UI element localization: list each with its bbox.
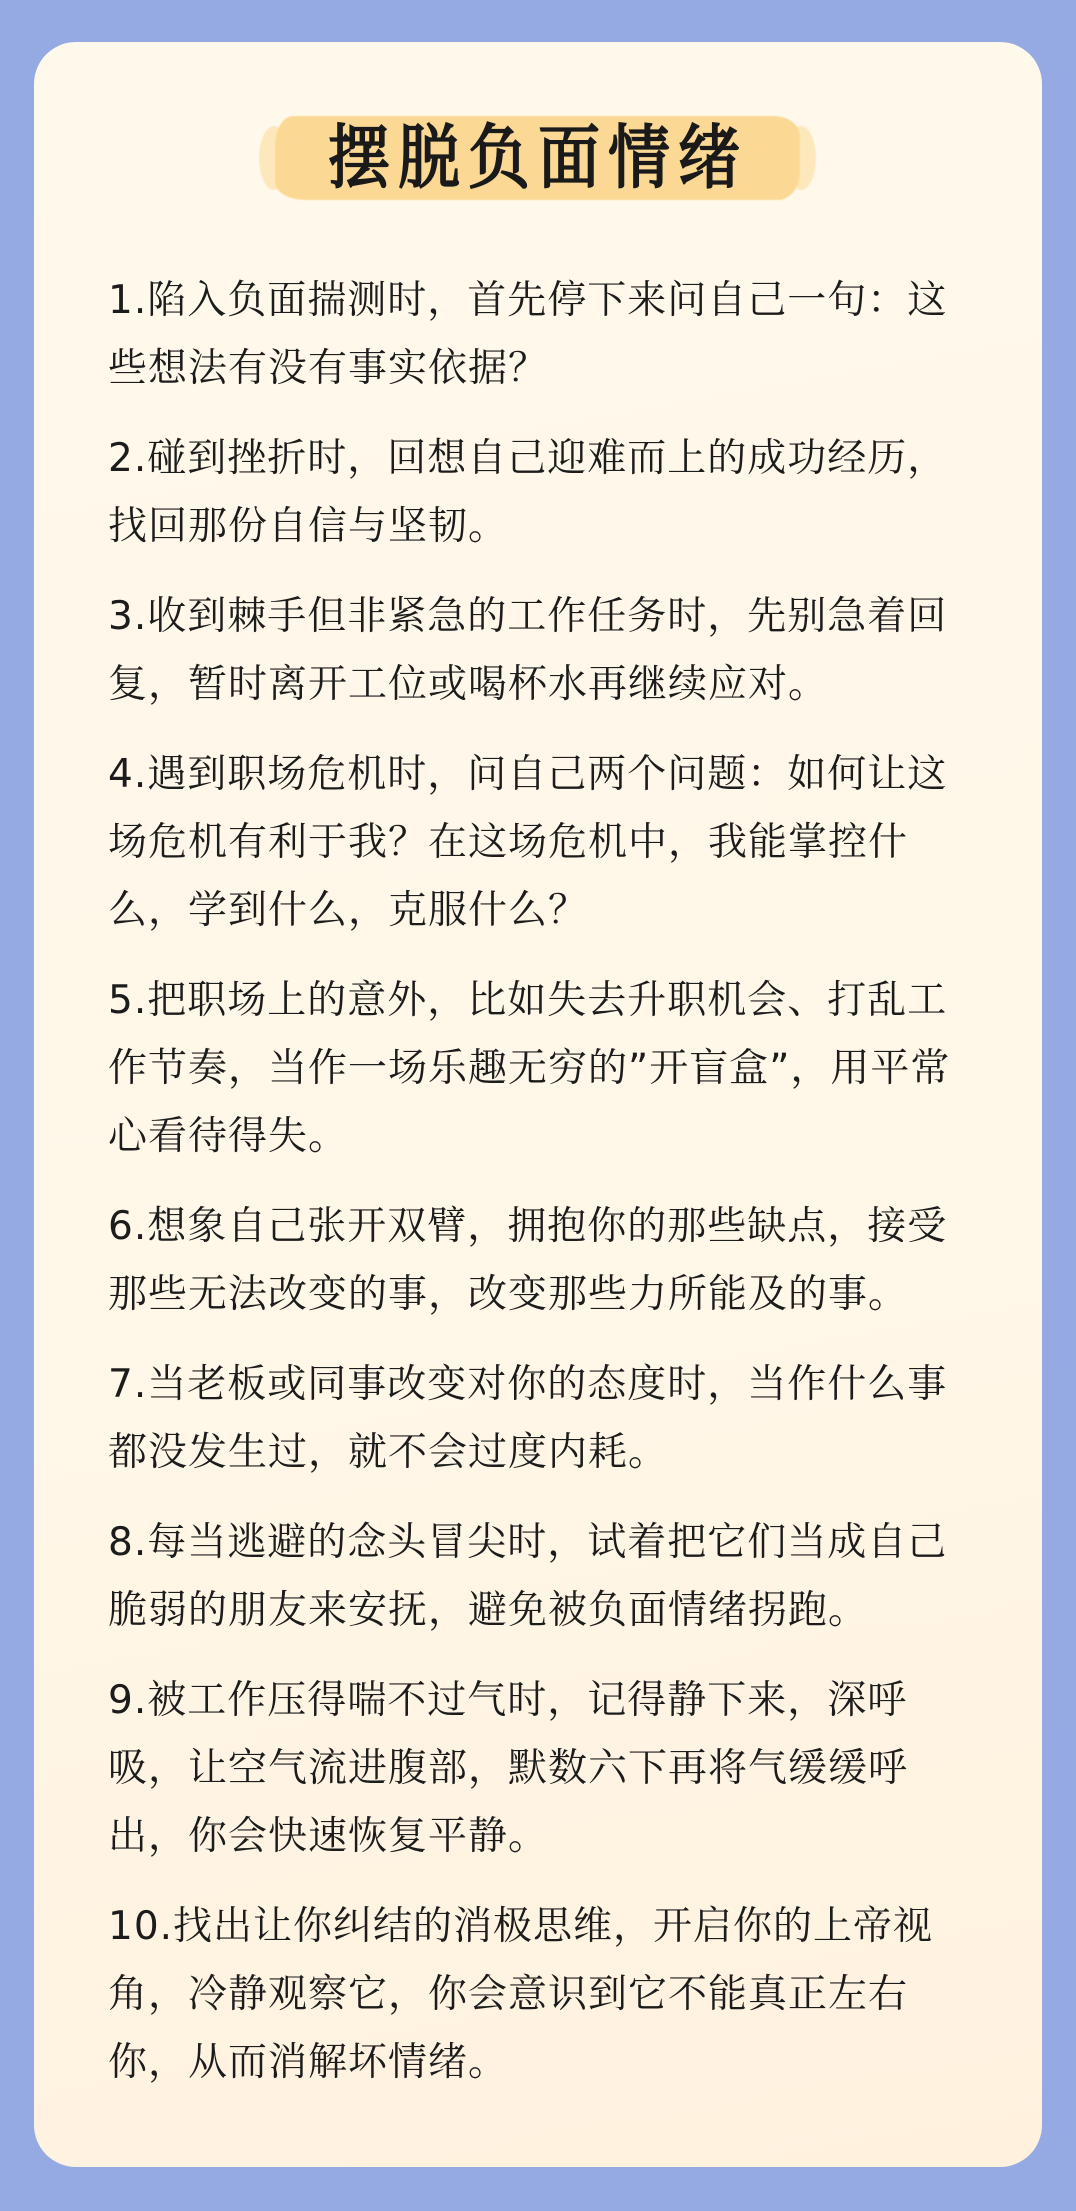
page-title: 摆脱负面情绪 [328, 123, 748, 192]
content-card: 摆脱负面情绪 1.陷入负面揣测时，首先停下来问自己一句：这些想法有没有事实依据？… [34, 42, 1042, 2167]
tip-item-9: 9.被工作压得喘不过气时，记得静下来，深呼吸，让空气流进腹部，默数六下再将气缓缓… [108, 1667, 978, 1871]
tip-item-1: 1.陷入负面揣测时，首先停下来问自己一句：这些想法有没有事实依据？ [108, 267, 978, 403]
title-banner: 摆脱负面情绪 [34, 108, 1042, 208]
tip-item-8: 8.每当逃避的念头冒尖时，试着把它们当成自己脆弱的朋友来安抚，避免被负面情绪拐跑… [108, 1509, 978, 1645]
tips-list: 1.陷入负面揣测时，首先停下来问自己一句：这些想法有没有事实依据？ 2.碰到挫折… [108, 267, 978, 2119]
tip-item-10: 10.找出让你纠结的消极思维，开启你的上帝视角，冷静观察它，你会意识到它不能真正… [108, 1893, 978, 2097]
tip-item-7: 7.当老板或同事改变对你的态度时，当作什么事都没发生过，就不会过度内耗。 [108, 1351, 978, 1487]
tip-item-3: 3.收到棘手但非紧急的工作任务时，先别急着回复，暂时离开工位或喝杯水再继续应对。 [108, 583, 978, 719]
tip-item-5: 5.把职场上的意外，比如失去升职机会、打乱工作节奏，当作一场乐趣无穷的”开盲盒”… [108, 967, 978, 1171]
tip-item-2: 2.碰到挫折时，回想自己迎难而上的成功经历，找回那份自信与坚韧。 [108, 425, 978, 561]
tip-item-4: 4.遇到职场危机时，问自己两个问题：如何让这场危机有利于我？在这场危机中，我能掌… [108, 741, 978, 945]
tip-item-6: 6.想象自己张开双臂，拥抱你的那些缺点，接受那些无法改变的事，改变那些力所能及的… [108, 1193, 978, 1329]
